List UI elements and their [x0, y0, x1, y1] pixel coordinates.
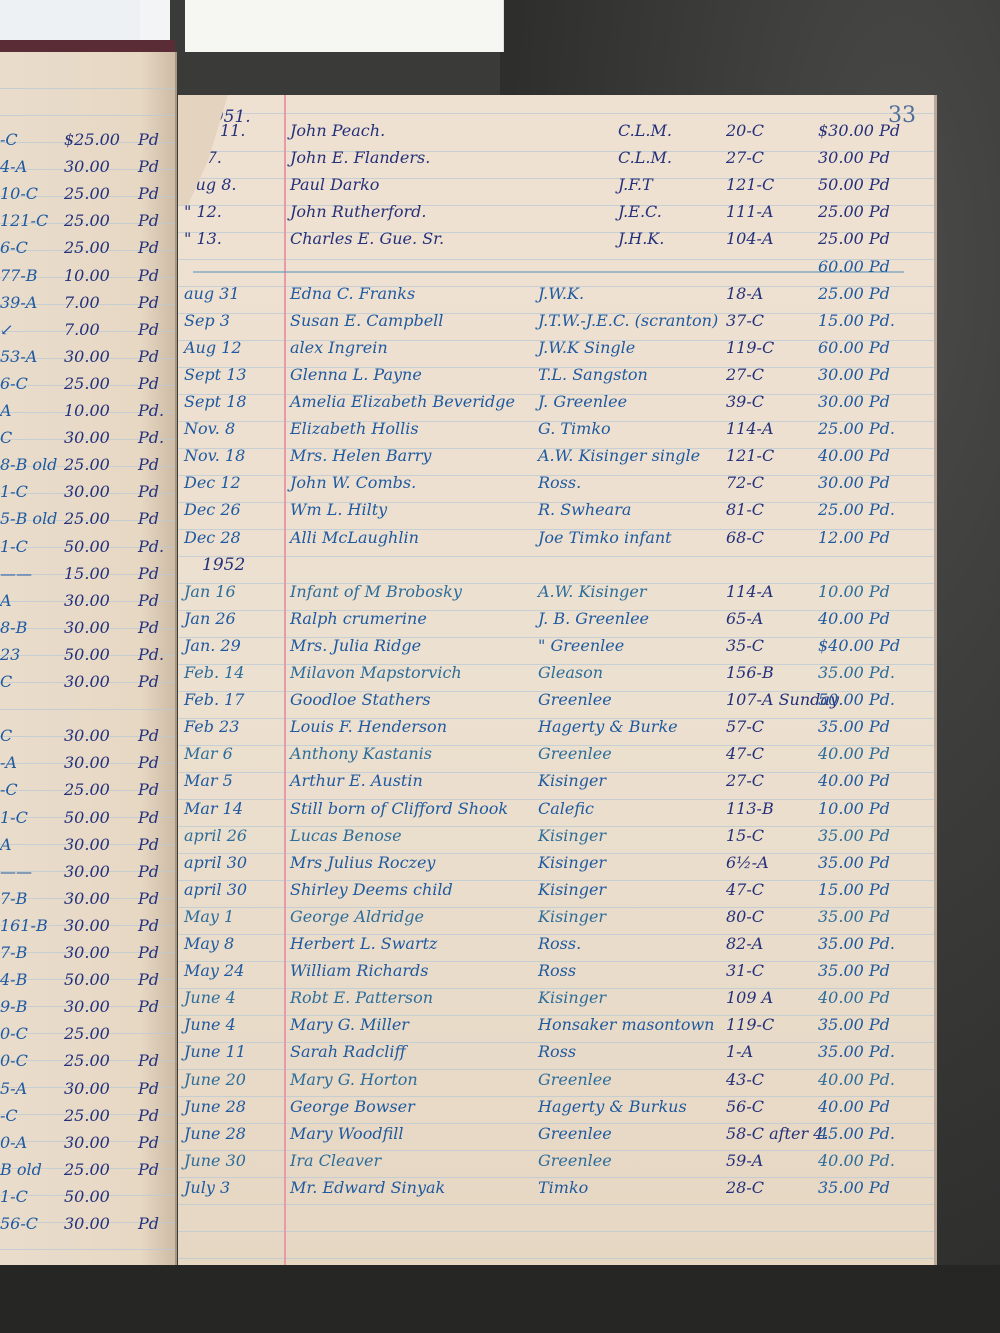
entry-date: Mar 5 [178, 771, 284, 790]
entry-amount: 40.00 Pd [818, 446, 928, 465]
book-cover-edge [0, 40, 175, 52]
left-ledger-row: 1-C50.00 [0, 1187, 175, 1213]
left-lot: 10-C [0, 184, 60, 203]
left-ledger-row: 1-C50.00Pd. [0, 537, 175, 563]
entry-date: May 24 [178, 961, 284, 980]
left-lot: 0-A [0, 1133, 60, 1152]
entry-date: " 12. [178, 202, 284, 221]
left-lot: A [0, 591, 60, 610]
entry-amount: 30.00 Pd [818, 473, 928, 492]
left-paid-mark: Pd [138, 293, 172, 312]
left-paid-mark: Pd [138, 564, 172, 583]
entry-amount: 25.00 Pd [818, 202, 928, 221]
entry-date: Dec 28 [178, 528, 284, 547]
entry-lot: 107-A Sunday [726, 690, 806, 709]
left-lot: —— [0, 564, 60, 583]
left-paid-mark: Pd [138, 726, 172, 745]
left-amount: 30.00 [64, 1214, 134, 1233]
left-amount: 30.00 [64, 672, 134, 691]
left-amount: 30.00 [64, 157, 134, 176]
left-paid-mark: Pd [138, 618, 172, 637]
entry-lot: 109 A [726, 988, 806, 1007]
left-amount: 30.00 [64, 943, 134, 962]
entry-date: July 3 [178, 1178, 284, 1197]
left-ledger-row: 7-B30.00Pd [0, 943, 175, 969]
ledger-row: Feb. 14Milavon MapstorvichGleason156-B35… [178, 663, 934, 689]
left-amount: 10.00 [64, 266, 134, 285]
entry-lot: 18-A [726, 284, 806, 303]
left-amount: 25.00 [64, 1051, 134, 1070]
left-paid-mark: Pd [138, 1106, 172, 1125]
left-lot: 5-A [0, 1079, 60, 1098]
left-lot: C [0, 672, 60, 691]
left-ledger-row: A30.00Pd [0, 591, 175, 617]
left-amount: 7.00 [64, 293, 134, 312]
left-lot: B old [0, 1160, 60, 1179]
ledger-row: Jan 16Infant of M BroboskyA.W. Kisinger1… [178, 582, 934, 608]
left-ledger-row: -C25.00Pd [0, 780, 175, 806]
left-lot: C [0, 428, 60, 447]
left-amount: 25.00 [64, 184, 134, 203]
entry-date: May 1 [178, 907, 284, 926]
left-paid-mark: Pd [138, 808, 172, 827]
entry-amount: 45.00 Pd. [818, 1124, 928, 1143]
left-paid-mark: Pd [138, 509, 172, 528]
left-amount: 30.00 [64, 482, 134, 501]
left-paid-mark: Pd [138, 347, 172, 366]
entry-amount: 35.00 Pd [818, 1178, 928, 1197]
left-lot: —— [0, 862, 60, 881]
entry-lot: 37-C [726, 311, 806, 330]
left-ledger-row: 0-A30.00Pd [0, 1133, 175, 1159]
left-ledger-row: 1-C30.00Pd [0, 482, 175, 508]
entry-lot: 47-C [726, 744, 806, 763]
left-amount: 10.00 [64, 401, 134, 420]
entry-date: Sept 18 [178, 392, 284, 411]
entry-date: June 28 [178, 1124, 284, 1143]
entry-lot: 156-B [726, 663, 806, 682]
left-paid-mark: Pd [138, 916, 172, 935]
left-ledger-row: 39-A7.00Pd [0, 293, 175, 319]
ledger-row: Feb. 17Goodloe StathersGreenlee107-A Sun… [178, 690, 934, 716]
ledger-row: april 30Mrs Julius RoczeyKisinger6½-A35.… [178, 853, 934, 879]
left-paid-mark: Pd [138, 672, 172, 691]
left-amount: 50.00 [64, 808, 134, 827]
left-paid-mark: Pd [138, 780, 172, 799]
left-lot: 161-B [0, 916, 60, 935]
left-amount: 30.00 [64, 889, 134, 908]
left-amount: $25.00 [64, 130, 134, 149]
ledger-row: Mar 5Arthur E. AustinKisinger27-C40.00 P… [178, 771, 934, 797]
left-ledger-row: A10.00Pd. [0, 401, 175, 427]
left-paid-mark: Pd. [138, 401, 172, 420]
left-lot: 5-B old [0, 509, 60, 528]
left-ledger-row: 121-C25.00Pd [0, 211, 175, 237]
entry-lot: 47-C [726, 880, 806, 899]
entry-amount: 12.00 Pd [818, 528, 928, 547]
left-amount: 50.00 [64, 1187, 134, 1206]
left-amount: 30.00 [64, 428, 134, 447]
entry-amount: 35.00 Pd. [818, 1042, 928, 1061]
left-paid-mark: Pd [138, 184, 172, 203]
entry-amount: 35.00 Pd. [818, 934, 928, 953]
entry-lot: 111-A [726, 202, 806, 221]
entry-amount: 30.00 Pd [818, 148, 928, 167]
entry-amount: 15.00 Pd [818, 880, 928, 899]
entry-date: april 30 [178, 880, 284, 899]
entry-lot: 72-C [726, 473, 806, 492]
entry-name: John Peach. [290, 121, 620, 140]
left-lot: 77-B [0, 266, 60, 285]
left-paid-mark: Pd [138, 943, 172, 962]
entry-lot: 6½-A [726, 853, 806, 872]
ledger-row: Jan 26Ralph crumerineJ. B. Greenlee65-A4… [178, 609, 934, 635]
left-amount: 30.00 [64, 618, 134, 637]
entry-amount: 50.00 Pd. [818, 690, 928, 709]
entry-date: aug 31 [178, 284, 284, 303]
left-ledger-page: -C$25.00Pd4-A30.00Pd10-C25.00Pd121-C25.0… [0, 52, 177, 1282]
left-amount: 7.00 [64, 320, 134, 339]
left-paid-mark: Pd [138, 130, 172, 149]
entry-name: Paul Darko [290, 175, 620, 194]
left-lot: 39-A [0, 293, 60, 312]
left-paid-mark: Pd [138, 238, 172, 257]
entry-amount: 40.00 Pd [818, 988, 928, 1007]
entry-name: John Rutherford. [290, 202, 620, 221]
left-lot: 1-C [0, 1187, 60, 1206]
entry-date: Feb 23 [178, 717, 284, 736]
left-amount: 25.00 [64, 1024, 134, 1043]
left-ledger-row: -C25.00Pd [0, 1106, 175, 1132]
entry-date: Aug 12 [178, 338, 284, 357]
entry-date: Jan. 29 [178, 636, 284, 655]
entry-amount: 40.00 Pd [818, 771, 928, 790]
ledger-row: Nov. 8Elizabeth HollisG. Timko114-A25.00… [178, 419, 934, 445]
entry-amount: 40.00 Pd [818, 1097, 928, 1116]
ledger-row: July 11.John Peach.C.L.M.20-C$30.00 Pd [178, 121, 934, 147]
entry-amount: 30.00 Pd [818, 365, 928, 384]
entry-amount: 35.00 Pd. [818, 663, 928, 682]
left-lot: A [0, 835, 60, 854]
ledger-row: april 30Shirley Deems childKisinger47-C1… [178, 880, 934, 906]
left-lot: 121-C [0, 211, 60, 230]
entry-date: Feb. 17 [178, 690, 284, 709]
ledger-row: Aug 12alex IngreinJ.W.K Single119-C60.00… [178, 338, 934, 364]
left-ledger-row: 8-B old25.00Pd [0, 455, 175, 481]
left-ledger-row: 77-B10.00Pd [0, 266, 175, 292]
entry-lot: 114-A [726, 582, 806, 601]
ledger-row: " 12.John Rutherford.J.E.C.111-A25.00 Pd [178, 202, 934, 228]
entry-date: Sep 3 [178, 311, 284, 330]
entry-date: Jan 16 [178, 582, 284, 601]
left-ledger-row: 6-C25.00Pd [0, 238, 175, 264]
left-lot: 4-B [0, 970, 60, 989]
entry-date: June 20 [178, 1070, 284, 1089]
entry-lot: 27-C [726, 365, 806, 384]
ledger-row: June 11Sarah RadcliffRoss1-A35.00 Pd. [178, 1042, 934, 1068]
left-amount: 30.00 [64, 591, 134, 610]
entry-amount: 40.00 Pd [818, 744, 928, 763]
left-ledger-row: C30.00Pd [0, 726, 175, 752]
entry-lot: 119-C [726, 338, 806, 357]
entry-lot: 43-C [726, 1070, 806, 1089]
ledger-row: Dec 26Wm L. HiltyR. Swheara81-C25.00 Pd. [178, 500, 934, 526]
left-lot: 8-B old [0, 455, 60, 474]
entry-lot: 114-A [726, 419, 806, 438]
entry-lot: 68-C [726, 528, 806, 547]
entry-lot: 121-C [726, 446, 806, 465]
left-lot: A [0, 401, 60, 420]
left-lot: 23 [0, 645, 60, 664]
entry-date: april 30 [178, 853, 284, 872]
left-ledger-row: 5-A30.00Pd [0, 1079, 175, 1105]
ledger-row: " 17.John E. Flanders.C.L.M.27-C30.00 Pd [178, 148, 934, 174]
left-lot: 4-A [0, 157, 60, 176]
entry-lot: 1-A [726, 1042, 806, 1061]
entry-amount: 40.00 Pd. [818, 1151, 928, 1170]
entry-lot: 58-C after 4. [726, 1124, 806, 1143]
ledger-row: June 28George BowserHagerty & Burkus56-C… [178, 1097, 934, 1123]
left-paid-mark: Pd [138, 482, 172, 501]
entry-date: June 30 [178, 1151, 284, 1170]
entry-amount: 35.00 Pd [818, 907, 928, 926]
left-amount: 15.00 [64, 564, 134, 583]
entry-amount: 30.00 Pd [818, 392, 928, 411]
ledger-row: July 3Mr. Edward SinyakTimko28-C35.00 Pd [178, 1178, 934, 1204]
entry-date: June 11 [178, 1042, 284, 1061]
entry-amount: 60.00 Pd [818, 338, 928, 357]
left-ledger-row: 1-C50.00Pd [0, 808, 175, 834]
left-paid-mark: Pd [138, 835, 172, 854]
entry-amount: 25.00 Pd [818, 284, 928, 303]
left-paid-mark: Pd [138, 320, 172, 339]
left-ledger-row: A30.00Pd [0, 835, 175, 861]
left-amount: 30.00 [64, 835, 134, 854]
entry-lot: 39-C [726, 392, 806, 411]
left-amount: 25.00 [64, 211, 134, 230]
struck-line [193, 271, 904, 273]
ledger-row: april 26Lucas BenoseKisinger15-C35.00 Pd [178, 826, 934, 852]
ledger-row: May 1George AldridgeKisinger80-C35.00 Pd [178, 907, 934, 933]
left-paid-mark: Pd [138, 157, 172, 176]
left-paid-mark: Pd [138, 1079, 172, 1098]
left-amount: 30.00 [64, 726, 134, 745]
entry-amount: 35.00 Pd [818, 961, 928, 980]
left-amount: 25.00 [64, 1160, 134, 1179]
left-ledger-row: 8-B30.00Pd [0, 618, 175, 644]
left-lot: -C [0, 780, 60, 799]
left-paid-mark: Pd [138, 374, 172, 393]
ledger-row: Aug 8.Paul DarkoJ.F.T121-C50.00 Pd [178, 175, 934, 201]
entry-amount: $30.00 Pd [818, 121, 928, 140]
left-ledger-row: 0-C25.00 [0, 1024, 175, 1050]
ledger-row: Feb 23Louis F. HendersonHagerty & Burke5… [178, 717, 934, 743]
entry-amount: 40.00 Pd. [818, 1070, 928, 1089]
left-ledger-row: 2350.00Pd. [0, 645, 175, 671]
right-ledger-page: 33 1951.July 11.John Peach.C.L.M.20-C$30… [178, 95, 937, 1267]
entry-amount: 25.00 Pd. [818, 419, 928, 438]
entry-lot: 56-C [726, 1097, 806, 1116]
entry-amount: 10.00 Pd [818, 799, 928, 818]
left-lot: 1-C [0, 537, 60, 556]
left-ledger-row: 56-C30.00Pd [0, 1214, 175, 1240]
left-lot: 0-C [0, 1024, 60, 1043]
entry-amount: 35.00 Pd [818, 826, 928, 845]
left-paid-mark: Pd [138, 455, 172, 474]
left-paid-mark: Pd [138, 1214, 172, 1233]
left-amount: 50.00 [64, 645, 134, 664]
ledger-row: Sept 13Glenna L. PayneT.L. Sangston27-C3… [178, 365, 934, 391]
entry-amount: 35.00 Pd [818, 717, 928, 736]
left-ledger-row: 9-B30.00Pd [0, 997, 175, 1023]
entry-date: Feb. 14 [178, 663, 284, 682]
entry-name: Charles E. Gue. Sr. [290, 229, 620, 248]
ledger-row: May 8Herbert L. SwartzRoss.82-A35.00 Pd. [178, 934, 934, 960]
ledger-row: June 28Mary WoodfillGreenlee58-C after 4… [178, 1124, 934, 1150]
left-amount: 30.00 [64, 753, 134, 772]
entry-lot: 104-A [726, 229, 806, 248]
left-ledger-row: 53-A30.00Pd [0, 347, 175, 373]
entry-amount: 35.00 Pd [818, 1015, 928, 1034]
left-paid-mark: Pd. [138, 537, 172, 556]
left-lot: 53-A [0, 347, 60, 366]
left-amount: 25.00 [64, 455, 134, 474]
entry-date: June 4 [178, 988, 284, 1007]
left-lot: 1-C [0, 808, 60, 827]
left-paid-mark: Pd [138, 1051, 172, 1070]
left-lot: 0-C [0, 1051, 60, 1070]
left-amount: 25.00 [64, 1106, 134, 1125]
left-ledger-row [0, 699, 175, 725]
entry-date: Mar 6 [178, 744, 284, 763]
ledger-row: " 13.Charles E. Gue. Sr.J.H.K.104-A25.00… [178, 229, 934, 255]
entry-lot: 113-B [726, 799, 806, 818]
left-lot: 7-B [0, 889, 60, 908]
entry-date: april 26 [178, 826, 284, 845]
entry-lot: 65-A [726, 609, 806, 628]
left-ledger-row: 0-C25.00Pd [0, 1051, 175, 1077]
left-ledger-row: 4-A30.00Pd [0, 157, 175, 183]
entry-lot: 57-C [726, 717, 806, 736]
left-lot: -C [0, 1106, 60, 1125]
left-ledger-row: 5-B old25.00Pd [0, 509, 175, 535]
left-ledger-row: 161-B30.00Pd [0, 916, 175, 942]
entry-date: June 28 [178, 1097, 284, 1116]
entry-lot: 121-C [726, 175, 806, 194]
ledger-row: June 20Mary G. HortonGreenlee43-C40.00 P… [178, 1070, 934, 1096]
left-paid-mark: Pd. [138, 428, 172, 447]
left-amount: 30.00 [64, 916, 134, 935]
entry-lot: 27-C [726, 771, 806, 790]
left-ledger-row: ——30.00Pd [0, 862, 175, 888]
left-amount: 30.00 [64, 1079, 134, 1098]
left-ledger-row: ——15.00Pd [0, 564, 175, 590]
left-paid-mark: Pd [138, 1160, 172, 1179]
left-ledger-row: C30.00Pd. [0, 428, 175, 454]
entry-lot: 31-C [726, 961, 806, 980]
left-ledger-row: 7-B30.00Pd [0, 889, 175, 915]
ledger-row: Nov. 18Mrs. Helen BarryA.W. Kisinger sin… [178, 446, 934, 472]
entry-date: " 13. [178, 229, 284, 248]
left-lot: 6-C [0, 374, 60, 393]
left-ledger-row: B old25.00Pd [0, 1160, 175, 1186]
entry-amount: 25.00 Pd [818, 229, 928, 248]
left-lot: 56-C [0, 1214, 60, 1233]
left-paid-mark: Pd. [138, 645, 172, 664]
entry-date: Dec 26 [178, 500, 284, 519]
entry-name: John E. Flanders. [290, 148, 620, 167]
left-paid-mark: Pd [138, 753, 172, 772]
left-amount: 25.00 [64, 238, 134, 257]
entry-lot: 27-C [726, 148, 806, 167]
left-ledger-row: 4-B50.00Pd [0, 970, 175, 996]
entry-lot: 81-C [726, 500, 806, 519]
left-lot: 8-B [0, 618, 60, 637]
ledger-row: Dec 28Alli McLaughlinJoe Timko infant68-… [178, 528, 934, 554]
left-paid-mark: Pd [138, 1133, 172, 1152]
left-paid-mark: Pd [138, 211, 172, 230]
year-header: 1952 [202, 555, 245, 575]
entry-date: May 8 [178, 934, 284, 953]
table-surface [0, 1265, 1000, 1333]
entry-lot: 119-C [726, 1015, 806, 1034]
entry-amount: 25.00 Pd. [818, 500, 928, 519]
left-lot: 1-C [0, 482, 60, 501]
entry-amount: 15.00 Pd. [818, 311, 928, 330]
ledger-row: June 30Ira CleaverGreenlee59-A40.00 Pd. [178, 1151, 934, 1177]
left-lot: -A [0, 753, 60, 772]
left-amount: 25.00 [64, 780, 134, 799]
left-amount: 30.00 [64, 997, 134, 1016]
entry-date: Dec 12 [178, 473, 284, 492]
entry-date: Jan 26 [178, 609, 284, 628]
entry-amount: 40.00 Pd [818, 609, 928, 628]
entry-date: June 4 [178, 1015, 284, 1034]
entry-amount: 50.00 Pd [818, 175, 928, 194]
entry-lot: 28-C [726, 1178, 806, 1197]
left-lot: 9-B [0, 997, 60, 1016]
entry-lot: 20-C [726, 121, 806, 140]
entry-amount: $40.00 Pd [818, 636, 928, 655]
ledger-row: Dec 12John W. Combs.Ross.72-C30.00 Pd [178, 473, 934, 499]
ledger-row: Sep 3Susan E. CampbellJ.T.W.-J.E.C. (scr… [178, 311, 934, 337]
ledger-row: June 4Mary G. MillerHonsaker masontown11… [178, 1015, 934, 1041]
left-ledger-row: 6-C25.00Pd [0, 374, 175, 400]
entry-lot: 59-A [726, 1151, 806, 1170]
entry-amount: 10.00 Pd [818, 582, 928, 601]
entry-date: Sept 13 [178, 365, 284, 384]
left-ledger-row: -A30.00Pd [0, 753, 175, 779]
entry-date: Nov. 8 [178, 419, 284, 438]
entry-lot: 15-C [726, 826, 806, 845]
left-lot: -C [0, 130, 60, 149]
left-paid-mark: Pd [138, 591, 172, 610]
left-amount: 50.00 [64, 537, 134, 556]
left-paid-mark: Pd [138, 970, 172, 989]
left-ledger-row: ↙7.00Pd [0, 320, 175, 346]
left-amount: 30.00 [64, 347, 134, 366]
entry-amount: 35.00 Pd [818, 853, 928, 872]
left-ledger-row: C30.00Pd [0, 672, 175, 698]
left-lot: 6-C [0, 238, 60, 257]
entry-date: Nov. 18 [178, 446, 284, 465]
left-amount: 30.00 [64, 862, 134, 881]
entry-lot: 80-C [726, 907, 806, 926]
ledger-row: June 4Robt E. PattersonKisinger109 A40.0… [178, 988, 934, 1014]
left-ledger-row: 10-C25.00Pd [0, 184, 175, 210]
entry-lot: 35-C [726, 636, 806, 655]
left-amount: 25.00 [64, 374, 134, 393]
